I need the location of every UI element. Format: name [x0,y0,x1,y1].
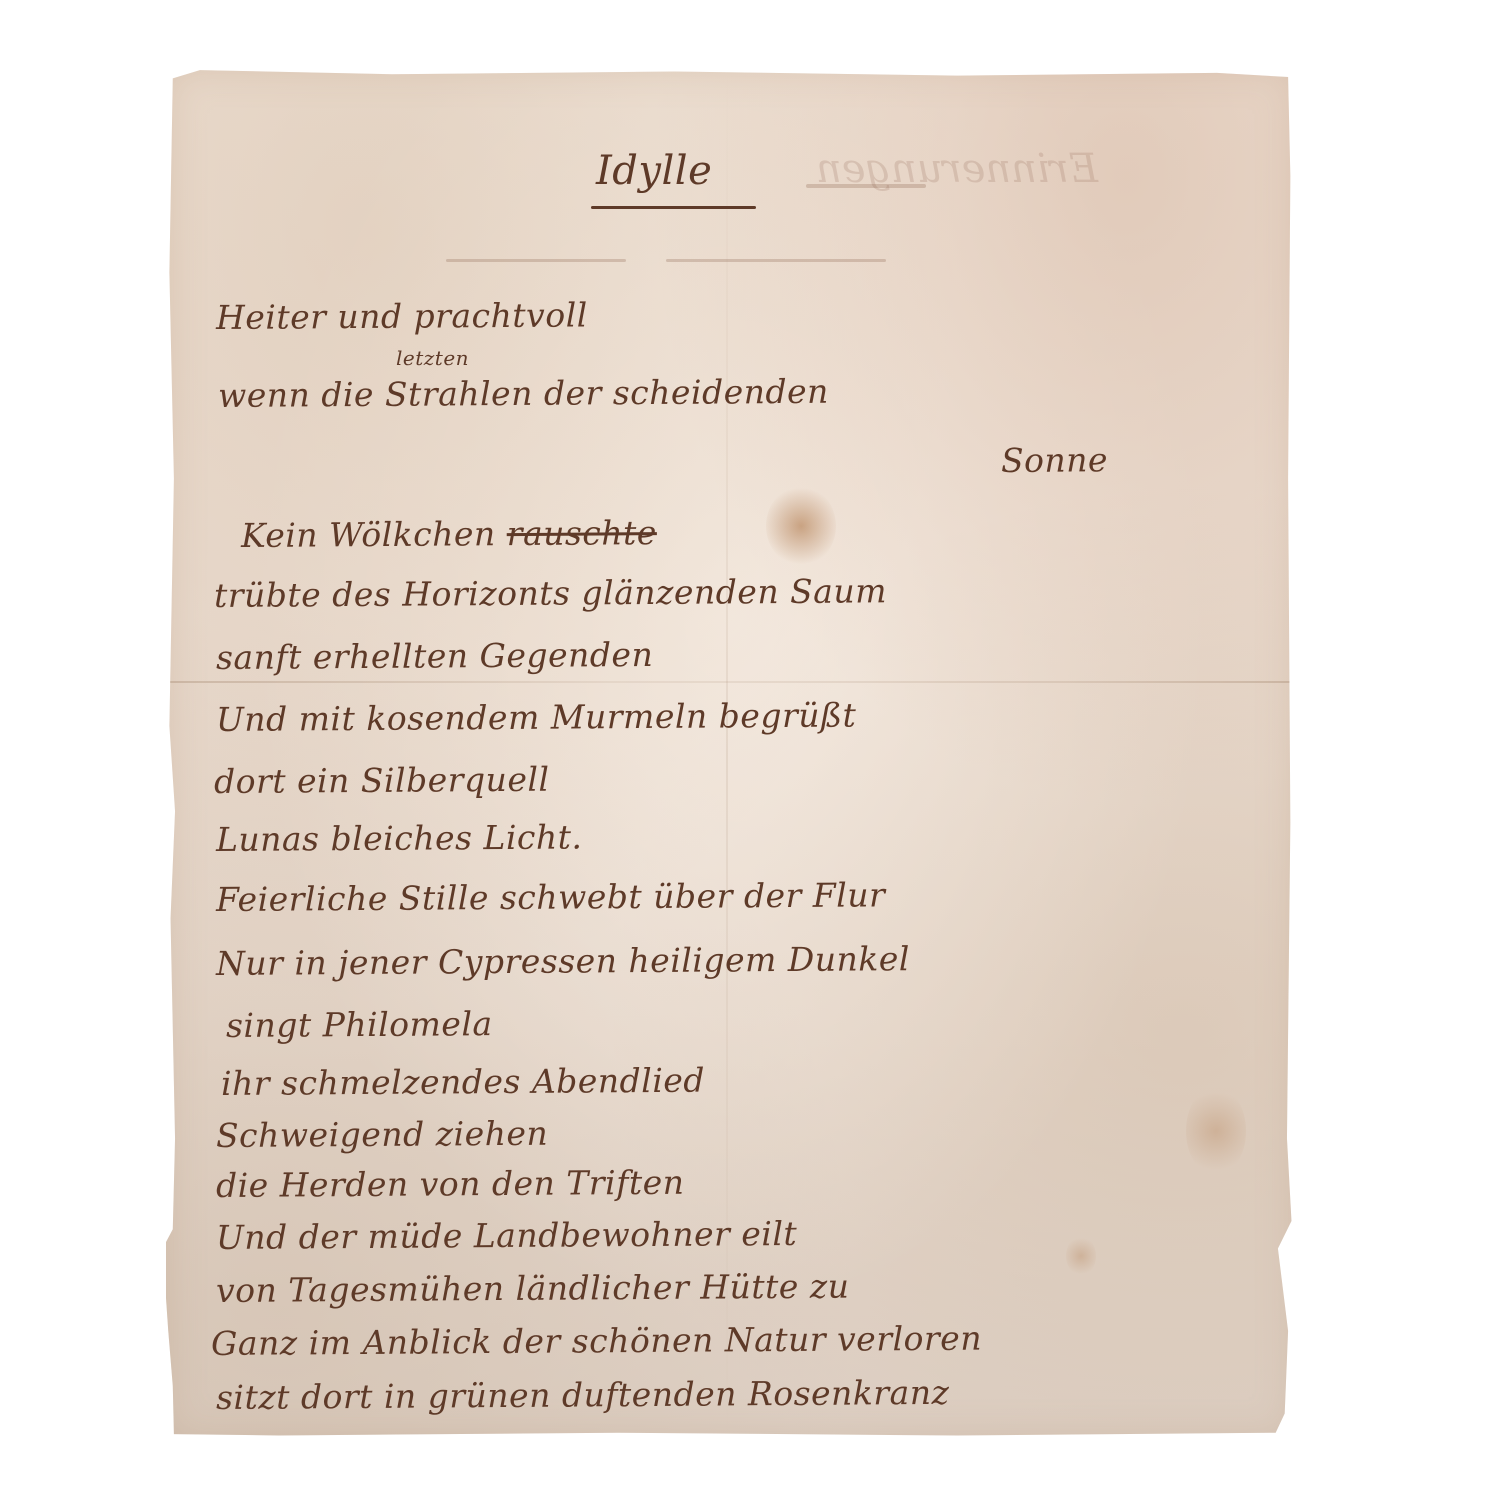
manuscript-line-5: trübte des Horizonts glänzenden Saum [214,571,887,615]
manuscript-line-8: dort ein Silberquell [214,760,550,801]
manuscript-line-17: von Tagesmühen ländlicher Hütte zu [216,1267,850,1310]
manuscript-line-19: sitzt dort in grünen duftenden Rosenkran… [216,1373,950,1417]
manuscript-line-10: Feierliche Stille schwebt über der Flur [216,875,886,919]
ink-stain [766,486,836,566]
bleed-through-underline [446,259,626,262]
manuscript-insertion: letzten [396,346,469,370]
manuscript-line-12: singt Philomela [226,1004,493,1045]
manuscript-sheet: Erinnerungen Idylle Heiter und prachtvol… [166,66,1296,1441]
manuscript-title: Idylle [596,148,712,198]
bleed-through-underline [666,259,886,262]
water-stain [1066,1236,1096,1276]
manuscript-line-13: ihr schmelzendes Abendlied [221,1061,705,1103]
water-stain [1186,1086,1246,1176]
manuscript-line-15: die Herden von den Triften [216,1163,685,1205]
manuscript-line-11: Nur in jener Cypressen heiligem Dunkel [216,939,910,983]
manuscript-line-18: Ganz im Anblick der schönen Natur verlor… [211,1319,982,1363]
manuscript-line-2: wenn die Strahlen der scheidenden [218,372,829,415]
manuscript-line-1: Heiter und prachtvoll [216,295,588,337]
manuscript-line-7: Und mit kosendem Murmeln begrüßt [216,696,857,739]
bleed-through-underline [806,184,926,188]
manuscript-line-16: Und der müde Landbewohner eilt [216,1214,797,1257]
struck-word: rauschte [507,513,657,553]
fold-crease-horizontal [166,681,1296,683]
manuscript-line-9: Lunas bleiches Licht. [216,817,583,859]
manuscript-line-3: Sonne [1001,440,1108,480]
line-text: Kein Wölkchen [241,514,496,555]
manuscript-line-14: Schweigend ziehen [216,1114,548,1155]
photo-background: Erinnerungen Idylle Heiter und prachtvol… [0,0,1500,1500]
manuscript-line-4: Kein Wölkchen rauschte [241,513,657,555]
title-underline [591,206,756,209]
manuscript-line-6: sanft erhellten Gegenden [216,635,654,677]
